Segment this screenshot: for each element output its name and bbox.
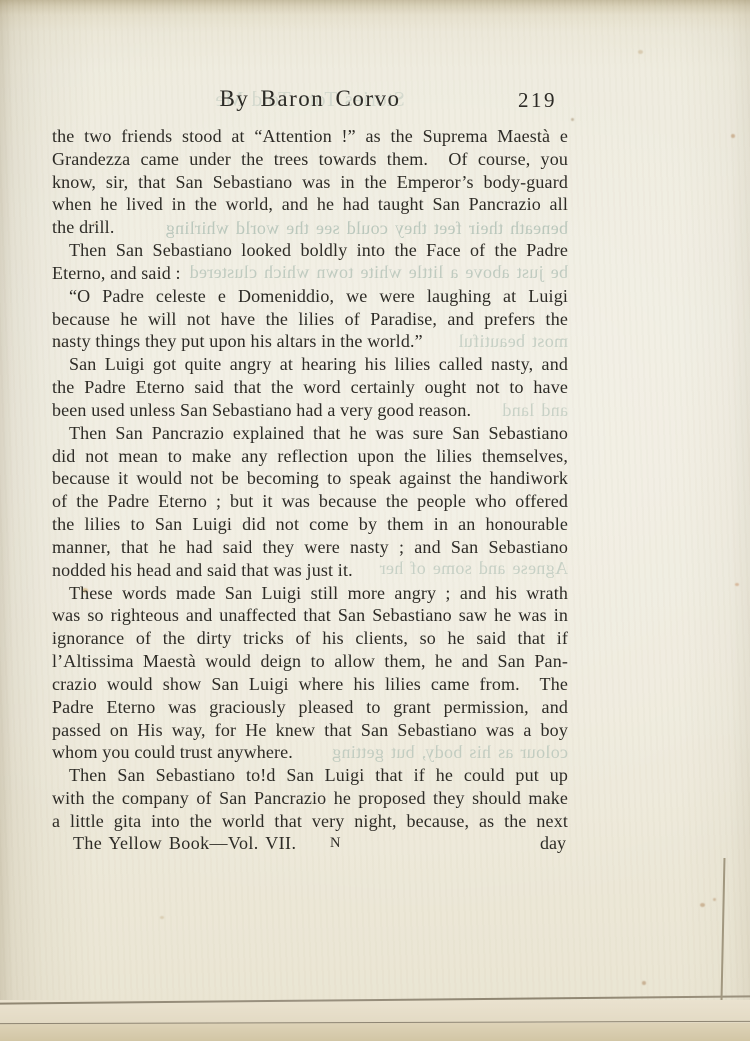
text-line: because he will not have the lilies of P… (52, 308, 568, 331)
text-line: Grandezza came under the trees towards t… (52, 148, 568, 171)
text-line: because it would not be becoming to spea… (52, 467, 568, 490)
paragraph: Then San Sebastiano to!d San Luigi that … (52, 764, 568, 832)
text-line: the lilies to San Luigi did not come by … (52, 513, 568, 536)
paragraph: Then San Pancrazio explained that he was… (52, 422, 568, 582)
text-line: passed on His way, for He knew that San … (52, 719, 568, 742)
book-page-scan: Stories Toto Told Mebeneath their feet t… (0, 0, 750, 1041)
text-line: a little gita into the world that very n… (52, 810, 568, 833)
text-line: of the Padre Eterno ; but it was because… (52, 490, 568, 513)
underlying-page-edge (0, 1023, 750, 1041)
foxing-speck (735, 583, 739, 586)
paragraph: These words made San Luigi still more an… (52, 582, 568, 765)
foxing-speck (700, 903, 705, 907)
text-line: manner, that he had said they were nasty… (52, 536, 568, 559)
underlying-page-edge (0, 1000, 750, 1023)
text-line: Eterno, and said : (52, 262, 568, 285)
text-line: Then San Pancrazio explained that he was… (52, 422, 568, 445)
text-line: nodded his head and said that was just i… (52, 559, 568, 582)
text-line: when he lived in the world, and he had t… (52, 193, 568, 216)
text-line: with the company of San Pancrazio he pro… (52, 787, 568, 810)
text-line: “O Padre celeste e Domeniddio, we were l… (52, 285, 568, 308)
volume-imprint: The Yellow Book—Vol. VII. (73, 833, 296, 854)
catchword: day (540, 833, 566, 854)
page-edge-line (721, 858, 725, 1000)
text-line: was so righteous and unaffected that San… (52, 604, 568, 627)
text-line: the two friends stood at “Attention !” a… (52, 125, 568, 148)
text-line: crazio would show San Luigi where his li… (52, 673, 568, 696)
text-line: the Padre Eterno said that the word cert… (52, 376, 568, 399)
text-line: Then San Sebastiano to!d San Luigi that … (52, 764, 568, 787)
paragraph: Then San Sebastiano looked boldly into t… (52, 239, 568, 285)
text-line: ignorance of the dirty tricks of his cli… (52, 627, 568, 650)
text-line: These words made San Luigi still more an… (52, 582, 568, 605)
page-header: By Baron Corvo 219 (52, 86, 568, 116)
foxing-speck (642, 981, 646, 985)
text-line: San Luigi got quite angry at hearing his… (52, 353, 568, 376)
text-line: did not mean to make any reflection upon… (52, 445, 568, 468)
paragraph: “O Padre celeste e Domeniddio, we were l… (52, 285, 568, 353)
page-number: 219 (518, 88, 557, 113)
text-line: l’Altissima Maestà would deign to allow … (52, 650, 568, 673)
signature-mark: N (330, 835, 341, 852)
text-line: nasty things they put upon his altars in… (52, 330, 568, 353)
foxing-speck (713, 898, 716, 901)
text-line: know, sir, that San Sebastiano was in th… (52, 171, 568, 194)
paragraph: San Luigi got quite angry at hearing his… (52, 353, 568, 421)
paragraph: the two friends stood at “Attention !” a… (52, 125, 568, 239)
text-line: been used unless San Sebastiano had a ve… (52, 399, 568, 422)
page-body: the two friends stood at “Attention !” a… (52, 125, 568, 833)
text-line: Then San Sebastiano looked boldly into t… (52, 239, 568, 262)
running-header: By Baron Corvo (52, 86, 568, 112)
text-line: Padre Eterno was graciously pleased to g… (52, 696, 568, 719)
page-footer: The Yellow Book—Vol. VII. N day (52, 833, 568, 857)
foxing-speck (731, 134, 735, 138)
foxing-speck (638, 50, 643, 54)
text-line: whom you could trust anywhere. (52, 741, 568, 764)
foxing-speck (160, 916, 164, 919)
text-line: the drill. (52, 216, 568, 239)
foxing-speck (571, 118, 574, 121)
